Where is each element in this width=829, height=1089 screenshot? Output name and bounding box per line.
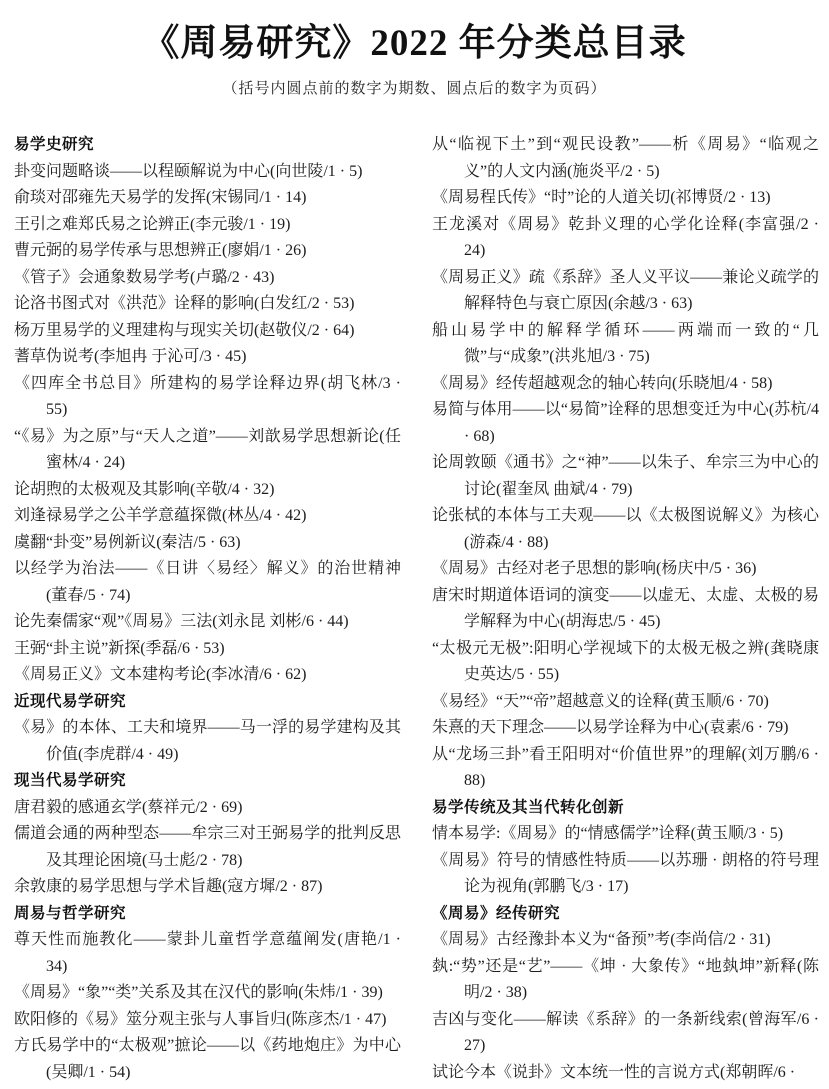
toc-entry: 《易》的本体、工夫和境界——马一浮的易学建构及其价值(李虎群/4 · 49) — [14, 715, 401, 768]
toc-entry: 《周易程氏传》“时”论的人道关切(祁博贤/2 · 13) — [432, 185, 819, 212]
toc-entry: 曹元弼的易学传承与思想辨正(廖娟/1 · 26) — [14, 238, 401, 265]
toc-entry: 王弼“卦主说”新探(季磊/6 · 53) — [14, 636, 401, 663]
section-heading: 周易与哲学研究 — [14, 901, 401, 928]
toc-entry: 易简与体用——以“易简”诠释的思想变迁为中心(苏杭/4 · 68) — [432, 397, 819, 450]
toc-entry: 论张栻的本体与工夫观——以《太极图说解义》为核心(游森/4 · 88) — [432, 503, 819, 556]
toc-entry: 论周敦颐《通书》之“神”——以朱子、牟宗三为中心的讨论(翟奎凤 曲斌/4 · 7… — [432, 450, 819, 503]
toc-entry: 从“临视下土”到“观民设教”——析《周易》“临观之义”的人文内涵(施炎平/2 ·… — [432, 132, 819, 185]
toc-entry: 试论今本《说卦》文本统一性的言说方式(郑朝晖/6 · — [432, 1060, 819, 1087]
toc-entry: 《周易》古经豫卦本义为“备预”考(李尚信/2 · 31) — [432, 927, 819, 954]
page-subtitle: （括号内圆点前的数字为期数、圆点后的数字为页码） — [0, 79, 829, 99]
section-heading: 易学传统及其当代转化创新 — [432, 795, 819, 822]
toc-entry: 虞翻“卦变”易例新议(秦洁/5 · 63) — [14, 530, 401, 557]
section-heading: 近现代易学研究 — [14, 689, 401, 716]
toc-entry: 情本易学:《周易》的“情感儒学”诠释(黄玉顺/3 · 5) — [432, 821, 819, 848]
toc-entry: 从“龙场三卦”看王阳明对“价值世界”的理解(刘万鹏/6 · 88) — [432, 742, 819, 795]
toc-entry: 尊天性而施教化——蒙卦儿童哲学意蕴阐发(唐艳/1 · 34) — [14, 927, 401, 980]
toc-entry: 杨万里易学的义理建构与现实关切(赵敬仪/2 · 64) — [14, 318, 401, 345]
toc-entry: “《易》为之原”与“天人之道”——刘歆易学思想新论(任蜜林/4 · 24) — [14, 424, 401, 477]
toc-entry: 朱熹的天下理念——以易学诠释为中心(袁素/6 · 79) — [432, 715, 819, 742]
section-heading: 《周易》经传研究 — [432, 901, 819, 928]
toc-entry: 船山易学中的解释学循环——两端而一致的“几微”与“成象”(洪兆旭/3 · 75) — [432, 318, 819, 371]
toc-entry: 《周易》经传超越观念的轴心转向(乐晓旭/4 · 58) — [432, 371, 819, 398]
page-title: 《周易研究》2022 年分类总目录 — [0, 0, 829, 66]
section-heading: 现当代易学研究 — [14, 768, 401, 795]
toc-entry: 俞琰对邵雍先天易学的发挥(宋锡同/1 · 14) — [14, 185, 401, 212]
toc-entry: 儒道会通的两种型态——牟宗三对王弼易学的批判反思及其理论困境(马士彪/2 · 7… — [14, 821, 401, 874]
toc-entry: 《周易》古经对老子思想的影响(杨庆中/5 · 36) — [432, 556, 819, 583]
toc-entry: 以经学为治法——《日讲〈易经〉解义》的治世精神(董春/5 · 74) — [14, 556, 401, 609]
toc-entry: 唐宋时期道体语词的演变——以虚无、太虚、太极的易学解释为中心(胡海忠/5 · 4… — [432, 583, 819, 636]
toc-entry: 埶:“势”还是“艺”——《坤 · 大象传》“地埶坤”新释(陈明/2 · 38) — [432, 954, 819, 1007]
toc-entry: 《易经》“天”“帝”超越意义的诠释(黄玉顺/6 · 70) — [432, 689, 819, 716]
toc-entry: 方氏易学中的“太极观”摭论——以《药地炮庄》为中心(吴卿/1 · 54) — [14, 1033, 401, 1086]
toc-entry: “太极元无极”:阳明心学视域下的太极无极之辨(龚晓康 史英达/5 · 55) — [432, 636, 819, 689]
toc-entry: 余敦康的易学思想与学术旨趣(寇方墀/2 · 87) — [14, 874, 401, 901]
toc-entry: 唐君毅的感通玄学(蔡祥元/2 · 69) — [14, 795, 401, 822]
toc-entry: 王引之难郑氏易之论辨正(李元骏/1 · 19) — [14, 212, 401, 239]
toc-entry: 《管子》会通象数易学考(卢璐/2 · 43) — [14, 265, 401, 292]
toc-entry: 刘逢禄易学之公羊学意蕴探微(林丛/4 · 42) — [14, 503, 401, 530]
toc-entry: 《四库全书总目》所建构的易学诠释边界(胡飞林/3 · 55) — [14, 371, 401, 424]
document-page: 《周易研究》2022 年分类总目录 （括号内圆点前的数字为期数、圆点后的数字为页… — [0, 0, 829, 1089]
toc-column-right: 从“临视下土”到“观民设教”——析《周易》“临观之义”的人文内涵(施炎平/2 ·… — [432, 132, 819, 1086]
toc-entry: 《周易》符号的情感性特质——以苏珊 · 朗格的符号理论为视角(郭鹏飞/3 · 1… — [432, 848, 819, 901]
toc-entry: 卦变问题略谈——以程颐解说为中心(向世陵/1 · 5) — [14, 159, 401, 186]
toc-column-left: 易学史研究卦变问题略谈——以程颐解说为中心(向世陵/1 · 5)俞琰对邵雍先天易… — [14, 132, 401, 1086]
toc-entry: 王龙溪对《周易》乾卦义理的心学化诠释(李富强/2 · 24) — [432, 212, 819, 265]
toc-entry: 《周易正义》文本建构考论(李冰清/6 · 62) — [14, 662, 401, 689]
toc-columns: 易学史研究卦变问题略谈——以程颐解说为中心(向世陵/1 · 5)俞琰对邵雍先天易… — [0, 132, 829, 1086]
toc-entry: 蓍草伪说考(李旭冉 于沁可/3 · 45) — [14, 344, 401, 371]
toc-entry: 《周易正义》疏《系辞》圣人义平议——兼论义疏学的解释特色与衰亡原因(余越/3 ·… — [432, 265, 819, 318]
toc-entry: 《周易》“象”“类”关系及其在汉代的影响(朱炜/1 · 39) — [14, 980, 401, 1007]
toc-entry: 论先秦儒家“观”《周易》三法(刘永昆 刘彬/6 · 44) — [14, 609, 401, 636]
toc-entry: 论胡煦的太极观及其影响(辛敬/4 · 32) — [14, 477, 401, 504]
toc-entry: 吉凶与变化——解读《系辞》的一条新线索(曾海军/6 · 27) — [432, 1007, 819, 1060]
section-heading: 易学史研究 — [14, 132, 401, 159]
toc-entry: 欧阳修的《易》筮分观主张与人事旨归(陈彦杰/1 · 47) — [14, 1007, 401, 1034]
toc-entry: 论洛书图式对《洪范》诠释的影响(白发红/2 · 53) — [14, 291, 401, 318]
